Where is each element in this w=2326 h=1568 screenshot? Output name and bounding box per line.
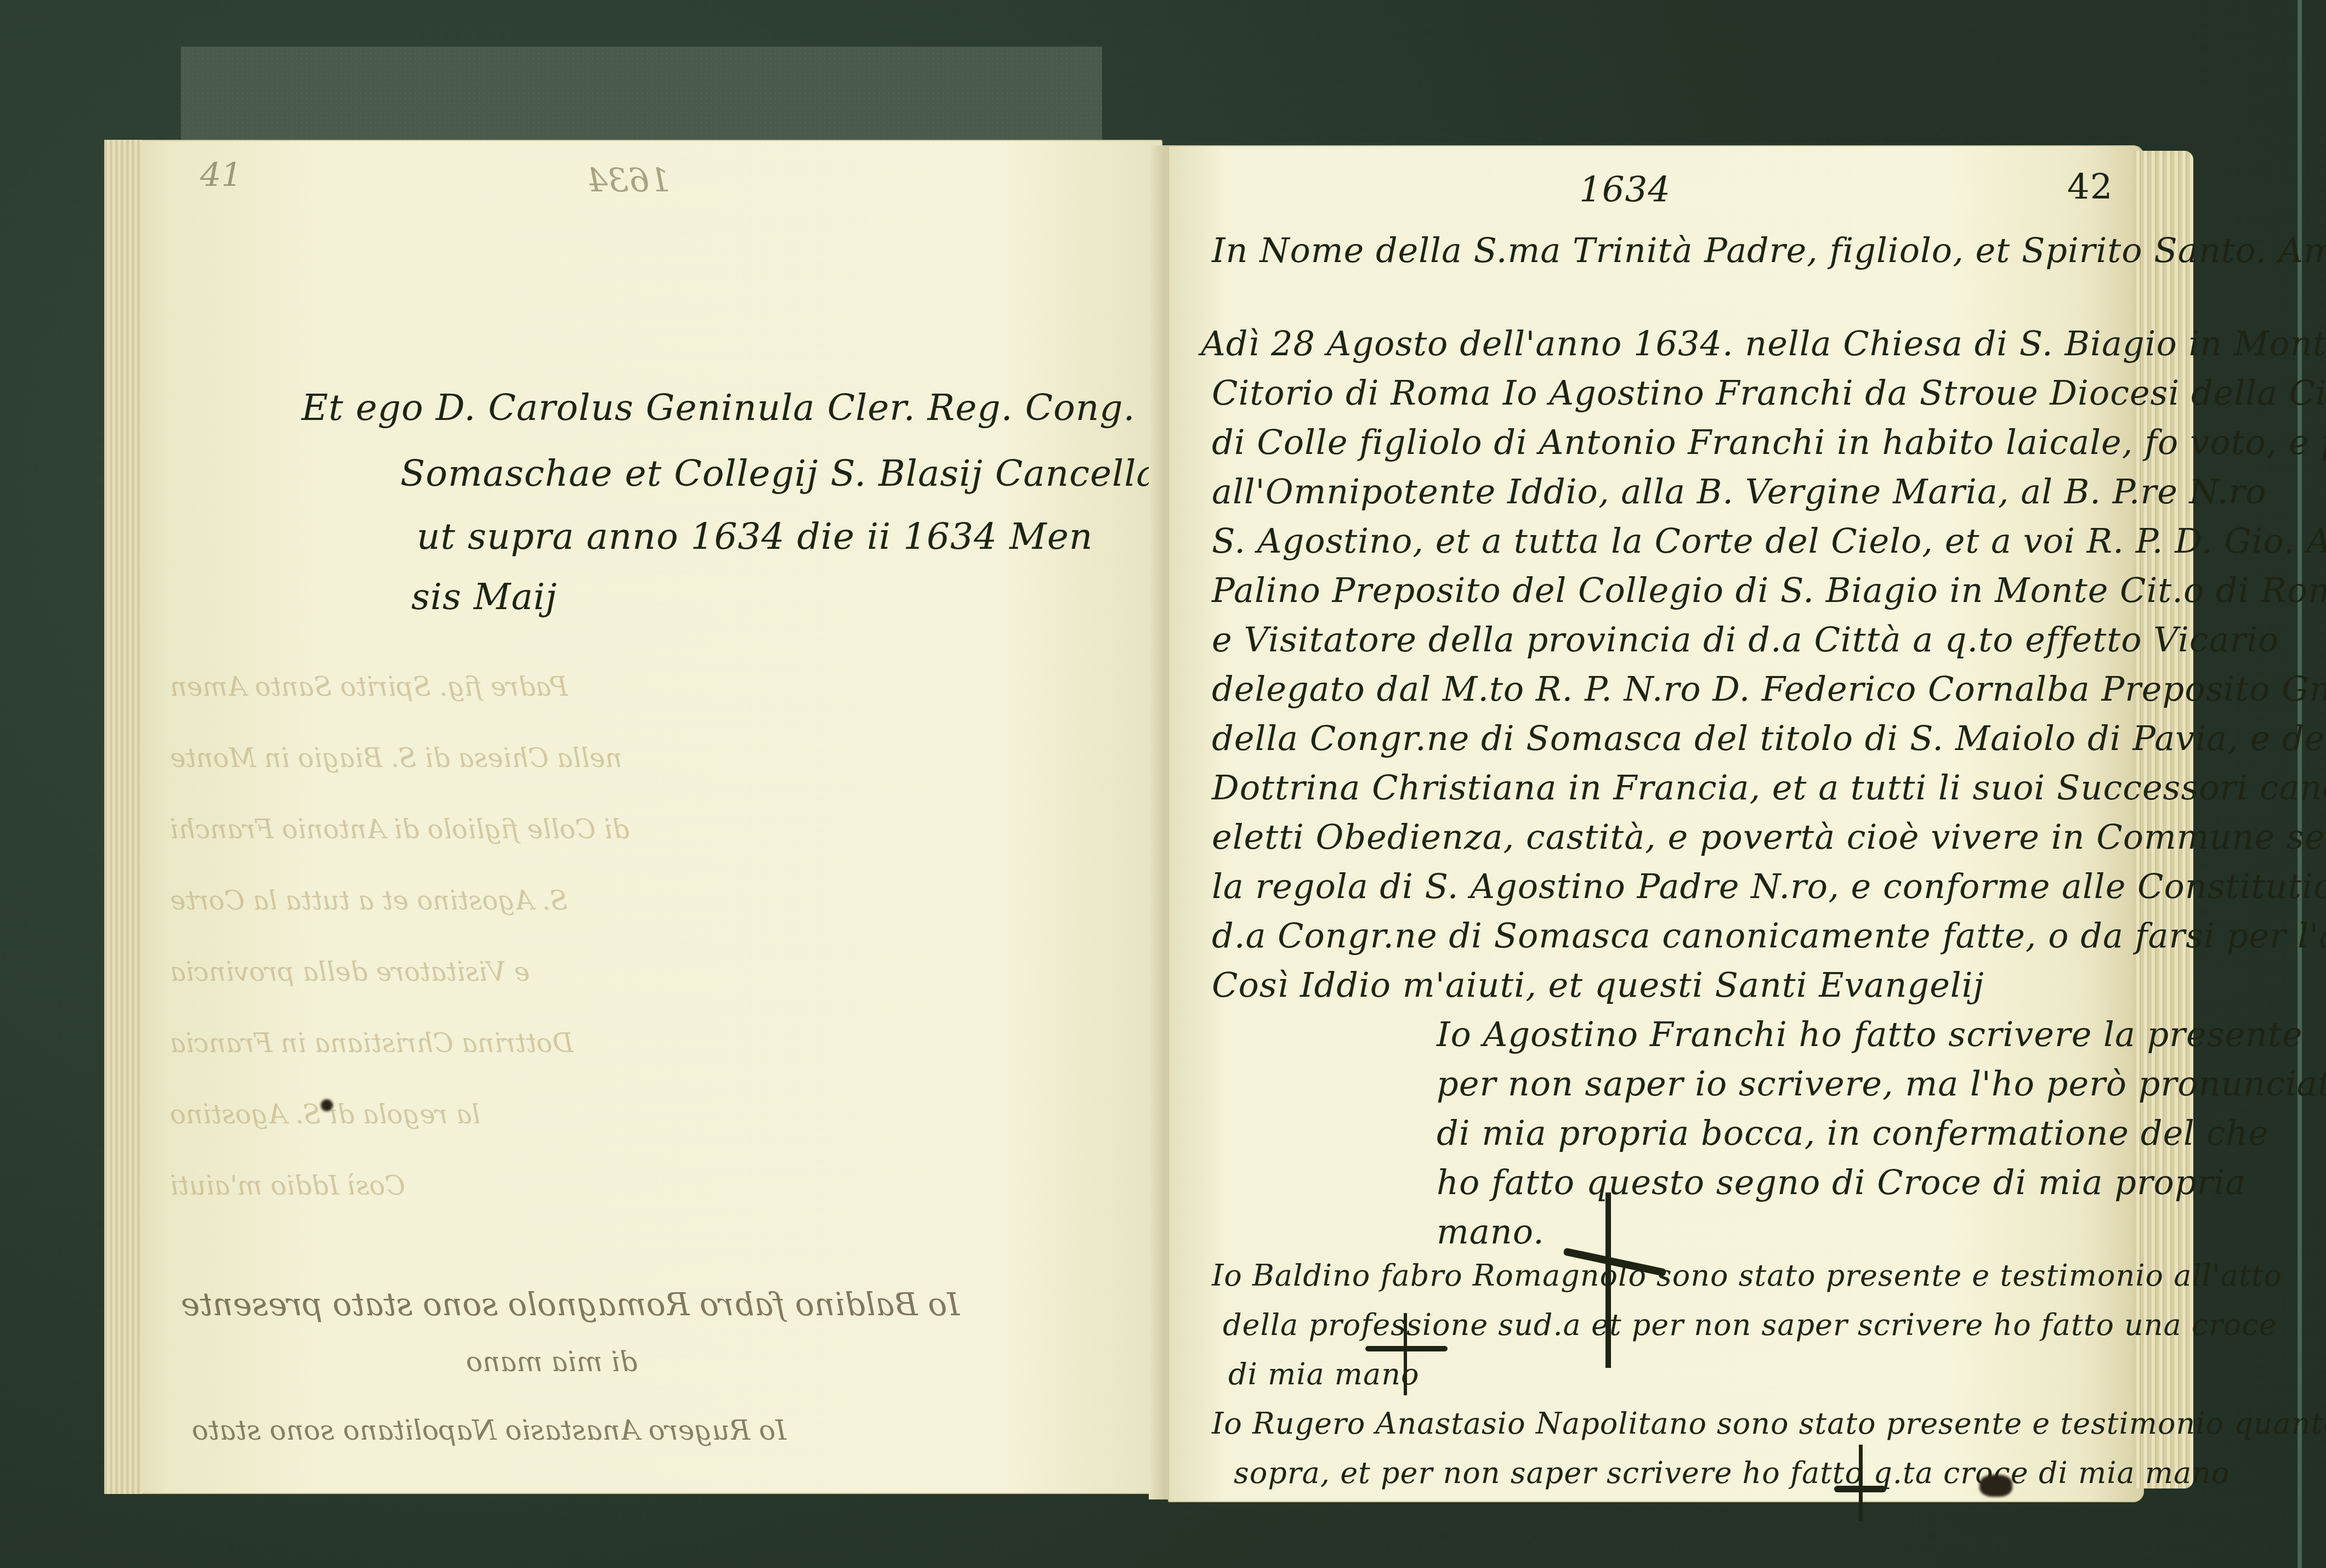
witness-2-line-2: sopra, et per non saper scrivere ho fatt… [1234,1456,2230,1490]
body-line-5: S. Agostino, et a tutta la Corte del Cie… [1212,521,2326,561]
offset-ink-line: S. Agostino et a tutta la Corte [170,885,568,916]
body-line-4: all'Omnipotente Iddio, alla B. Vergine M… [1212,471,2267,512]
cross-signature-mark [1365,1313,1453,1401]
body-line-3: di Colle figliolo di Antonio Franchi in … [1212,422,2326,462]
body-line-12: la regola di S. Agostino Padre N.ro, e c… [1212,866,2326,906]
offset-ink-line: di mia mano [466,1346,638,1378]
ink-spot [321,1099,333,1111]
body-line-10: Dottrina Christiana in Francia, et a tut… [1212,768,2326,808]
folio-number: 42 [2067,167,2113,208]
offset-ink-line: Così Iddio m'aiuti [170,1171,405,1201]
declaration-line-1: Io Agostino Franchi ho fatto scrivere la… [1437,1014,2303,1054]
offset-ink-line: di Colle figliolo di Antonio Franchi [170,814,629,845]
invocation-line: In Nome della S.ma Trinità Padre, figlio… [1212,230,2326,270]
declaration-line-3: di mia propria bocca, in confermatione d… [1437,1113,2269,1153]
witness-1-line-1: Io Baldino fabro Romagnolo sono stato pr… [1212,1258,2282,1293]
body-line-13: d.a Congr.ne di Somasca canonicamente fa… [1212,916,2326,956]
body-line-2: Citorio di Roma Io Agostino Franchi da S… [1212,373,2326,413]
offset-ink-line: Dottrina Christiana in Francia [170,1028,574,1059]
left-page-edges [104,140,143,1494]
year-header: 1634 [1579,170,1671,211]
year-header-mirrored: 1634 [587,162,671,200]
offset-ink-line: e Visitatore della provincia [170,957,530,987]
body-line-14: Così Iddio m'aiuti, et questi Santi Evan… [1212,965,1984,1005]
offset-ink-line: Io Rugero Anastasio Napolitano sono stat… [192,1414,786,1446]
offset-ink-line: Io Baldino fabro Romagnolo sono stato pr… [181,1286,960,1323]
declaration-line-2: per non saper io scrivere, ma l'ho però … [1437,1064,2326,1104]
body-line-11: eletti Obedienza, castità, e povertà cio… [1212,817,2326,857]
body-line-6: Palino Preposito del Collegio di S. Biag… [1212,570,2326,610]
body-line-8: delegato dal M.to R. P. N.ro D. Federico… [1212,669,2326,709]
offset-ink-line: nella Chiesa di S. Biagio in Monte [170,743,622,774]
body-line-7: e Visitatore della provincia di d.a Citt… [1212,620,2279,660]
left-entry-line-3: ut supra anno 1634 die ii 1634 Men [417,515,1093,558]
declaration-line-5: mano. [1437,1212,1545,1252]
body-line-9: della Congr.ne di Somasca del titolo di … [1212,718,2326,758]
offset-ink-line: Padre fig. Spirito Santo Amen [170,672,568,702]
open-book: 41 1634 Et ego D. Carolus Geninula Cler.… [104,129,2204,1508]
left-entry-line-4: sis Maij [411,576,557,618]
left-entry-line-1: Et ego D. Carolus Geninula Cler. Reg. Co… [302,387,1136,429]
cross-signature-mark [1831,1445,1892,1527]
ink-blot [1979,1475,2012,1497]
body-line-1: Adì 28 Agosto dell'anno 1634. nella Chie… [1201,323,2326,363]
witness-2-line-1: Io Rugero Anastasio Napolitano sono stat… [1212,1406,2326,1441]
folio-mark: 41 [200,156,242,195]
